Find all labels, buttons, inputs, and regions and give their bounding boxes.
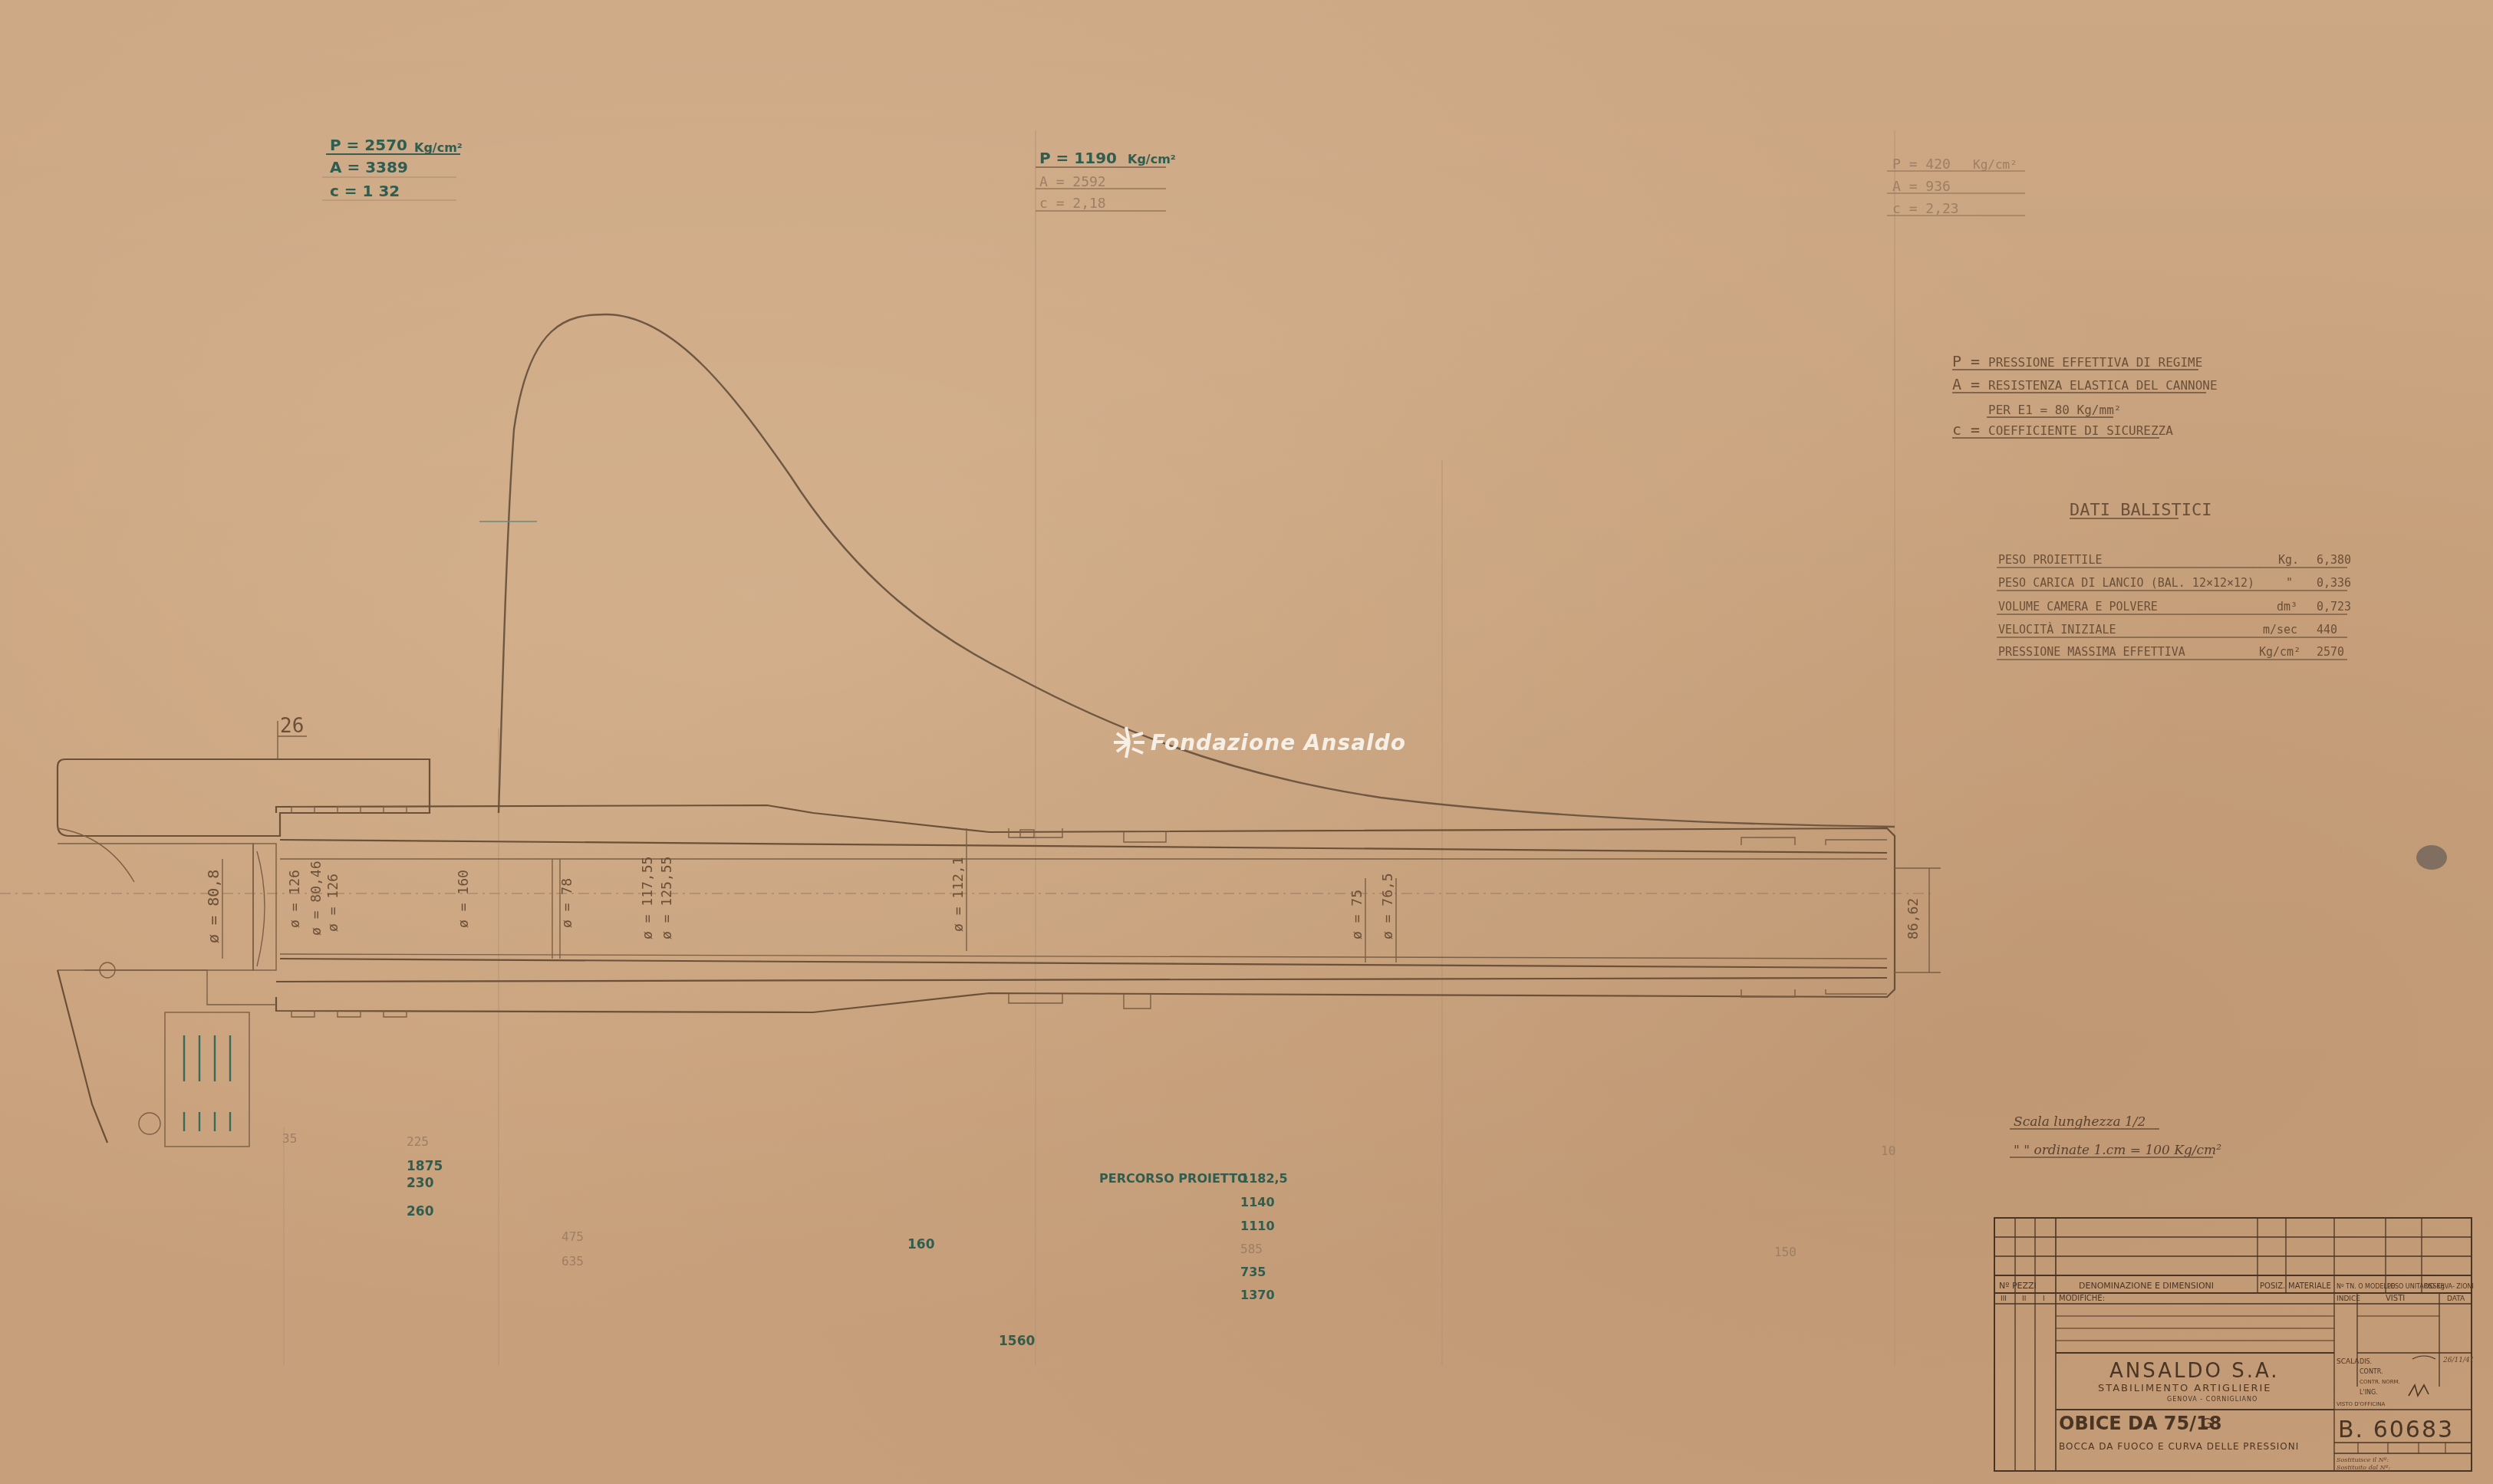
c-value: c = 2,23 <box>1892 201 1959 217</box>
green-label: 1560 <box>999 1334 1035 1349</box>
ballistic-row-value: 0,336 <box>2317 576 2351 590</box>
legend-c-key: c = <box>1952 420 1980 439</box>
dim-top-offset: 26 <box>280 715 304 738</box>
product-name: OBICE DA 75/18 <box>2059 1413 2221 1434</box>
mod-col: II <box>2022 1295 2026 1303</box>
watermark-text: Fondazione Ansaldo <box>1151 730 1406 755</box>
product-mark: G <box>2202 1416 2212 1432</box>
dim-muzzle: 86,62 <box>1905 898 1922 939</box>
title-block: Nº PEZZI DENOMINAZIONE E DIMENSIONI POSI… <box>1994 1218 2474 1471</box>
pressure-block-3: P = 420 Kg/cm² A = 936 c = 2,23 <box>1887 156 2025 217</box>
dim-d1: ø = 80,8 <box>204 870 222 943</box>
ballistic-row-label: PESO PROIETTILE <box>1998 553 2102 567</box>
ballistic-row-unit: " <box>2286 576 2293 590</box>
header-posiz: POSIZ. <box>2260 1282 2285 1291</box>
mod-col: I <box>2043 1295 2045 1303</box>
pressure-block-1: P = 2570 Kg/cm² A = 3389 c = 1 32 <box>322 136 463 200</box>
header-n-tn: Nº TN. O MODELLO <box>2337 1283 2395 1290</box>
barrel-section <box>58 721 1941 1147</box>
percorso-label: PERCORSO PROIETTO <box>1099 1171 1248 1186</box>
dim-d2: ø = 126 <box>287 870 303 928</box>
dis-label: DIS. <box>2360 1358 2372 1365</box>
header-osservazioni: OSSERVA- ZIONI <box>2424 1283 2474 1290</box>
watermark: Fondazione Ansaldo <box>1114 727 1406 758</box>
dim-d7: ø = 117,55 <box>640 857 656 939</box>
drawing-sheet: 26 ø = 80,8 ø = 126 ø = 80,46 ø = 126 ø … <box>0 0 2493 1484</box>
ballistic-row-label: VOLUME CAMERA E POLVERE <box>1998 600 2158 614</box>
percorso-value: 735 <box>1240 1265 1266 1279</box>
ballistic-data-table: DATI BALISTICI PESO PROIETTILE Kg. 6,380… <box>1997 501 2351 660</box>
pressure-block-2: P = 1190 Kg/cm² A = 2592 c = 2,18 <box>1036 149 1176 212</box>
ballistic-row-value: 2570 <box>2317 645 2344 659</box>
signature-mark <box>2409 1385 2429 1396</box>
legend-c-text: COEFFICIENTE DI SICUREZZA <box>1988 423 2173 438</box>
p-value: P = 420 <box>1892 156 1951 173</box>
legend-a-text: RESISTENZA ELASTICA DEL CANNONE <box>1988 378 2218 393</box>
technical-drawing: 26 ø = 80,8 ø = 126 ø = 80,46 ø = 126 ø … <box>0 0 2493 1484</box>
header-denominazione: DENOMINAZIONE E DIMENSIONI <box>2079 1281 2214 1291</box>
legend-a-key: A = <box>1952 375 1980 393</box>
ballistic-title: DATI BALISTICI <box>2070 501 2211 520</box>
c-value: c = 2,18 <box>1039 196 1106 212</box>
legend-a-text2: PER E1 = 80 Kg/mm² <box>1988 403 2121 417</box>
a-value: A = 3389 <box>330 158 408 176</box>
faint-label: 225 <box>407 1134 429 1149</box>
sostituisce-label: Sostituisce il Nº: <box>2337 1456 2389 1463</box>
ballistic-row-label: PESO CARICA DI LANCIO (BAL. 12×12×12) <box>1998 576 2254 590</box>
scala-label: SCALA <box>2337 1358 2360 1366</box>
green-label: 230 <box>407 1176 434 1191</box>
scale-ordinate: " " ordinate 1.cm = 100 Kg/cm² <box>2014 1143 2221 1158</box>
company-division: STABILIMENTO ARTIGLIERIE <box>2098 1383 2272 1394</box>
data-label: DATA <box>2447 1295 2465 1303</box>
ballistic-row-unit: Kg/cm² <box>2259 645 2300 659</box>
dim-d11: ø = 76,5 <box>1380 873 1396 939</box>
ballistic-row-label: VELOCITÀ INIZIALE <box>1998 622 2116 637</box>
contr-norm-label: CONTR. NORM. <box>2360 1379 2400 1385</box>
p-unit: Kg/cm² <box>1973 157 2017 172</box>
company-location: GENOVA - CORNIGLIANO <box>2167 1396 2258 1403</box>
visti-label: VISTI <box>2386 1295 2405 1303</box>
scale-notes: Scala lunghezza 1/2 " " ordinate 1.cm = … <box>2010 1114 2221 1158</box>
ballistic-row-value: 440 <box>2317 623 2337 637</box>
legend: P = PRESSIONE EFFETTIVA DI REGIME A = RE… <box>1952 352 2218 439</box>
mod-col: III <box>2001 1295 2007 1303</box>
p-value: P = 1190 <box>1039 149 1117 167</box>
ballistic-row-unit: dm³ <box>2277 600 2297 614</box>
green-label: 260 <box>407 1204 434 1219</box>
legend-p-text: PRESSIONE EFFETTIVA DI REGIME <box>1988 355 2202 370</box>
percorso-value: 1370 <box>1240 1288 1275 1302</box>
dim-d3: ø = 80,46 <box>308 860 324 936</box>
signature-mark <box>2412 1356 2435 1359</box>
date-signed: 26/11/41 <box>2442 1357 2474 1364</box>
percorso-value: 585 <box>1240 1242 1263 1256</box>
p-unit: Kg/cm² <box>1128 152 1176 166</box>
c-value: c = 1 32 <box>330 182 400 200</box>
dim-d6: ø = 78 <box>559 878 575 928</box>
dim-d5: ø = 160 <box>456 870 472 928</box>
a-value: A = 2592 <box>1039 174 1106 190</box>
faint-label: 635 <box>562 1254 584 1268</box>
ballistic-row-value: 0,723 <box>2317 600 2351 614</box>
drawing-number: B. 60683 <box>2338 1417 2454 1443</box>
ing-label: L'ING. <box>2360 1389 2378 1396</box>
bottom-annotations: 35 225 475 635 10 150 1875 230 260 160 1… <box>282 1131 1895 1349</box>
dim-d10: ø = 75 <box>1349 890 1365 939</box>
contr-label: CONTR. <box>2360 1368 2383 1375</box>
dim-d9: ø = 112,1 <box>950 857 967 932</box>
header-materiale: MATERIALE <box>2288 1282 2331 1291</box>
ballistic-row-unit: m/sec <box>2263 623 2297 637</box>
faint-label: 35 <box>282 1131 297 1146</box>
percorso-value: 1110 <box>1240 1219 1275 1233</box>
paper-stain <box>2416 845 2447 870</box>
construction-lines <box>0 130 1933 1365</box>
faint-label: 150 <box>1774 1245 1796 1259</box>
faint-label: 475 <box>562 1229 584 1244</box>
percorso-value: 1182,5 <box>1240 1171 1288 1186</box>
percorso-value: 1140 <box>1240 1195 1275 1209</box>
scale-length: Scala lunghezza 1/2 <box>2014 1114 2146 1130</box>
p-unit: Kg/cm² <box>414 140 463 155</box>
ballistic-row-unit: Kg. <box>2278 553 2299 567</box>
dim-d4: ø = 126 <box>325 874 341 932</box>
dim-d8: ø = 125,55 <box>659 857 675 939</box>
legend-p-key: P = <box>1952 352 1980 370</box>
green-label: 1875 <box>407 1159 443 1174</box>
header-n-pezzi: Nº PEZZI <box>1999 1281 2037 1291</box>
a-value: A = 936 <box>1892 179 1951 195</box>
modifiche-label: MODIFICHE: <box>2059 1295 2105 1303</box>
ballistic-row-label: PRESSIONE MASSIMA EFFETTIVA <box>1998 645 2185 659</box>
p-value: P = 2570 <box>330 136 407 154</box>
visto-officina-label: VISTO D'OFFICINA <box>2337 1401 2385 1407</box>
company-name: ANSALDO S.A. <box>2109 1360 2280 1383</box>
drawing-subtitle: BOCCA DA FUOCO E CURVA DELLE PRESSIONI <box>2059 1441 2299 1452</box>
green-label: 160 <box>907 1237 935 1252</box>
faint-label: 10 <box>1881 1143 1895 1158</box>
starburst-logo-icon <box>1114 727 1144 758</box>
ballistic-row-value: 6,380 <box>2317 553 2351 567</box>
sostituito-label: Sostituito dal Nº: <box>2337 1464 2390 1471</box>
